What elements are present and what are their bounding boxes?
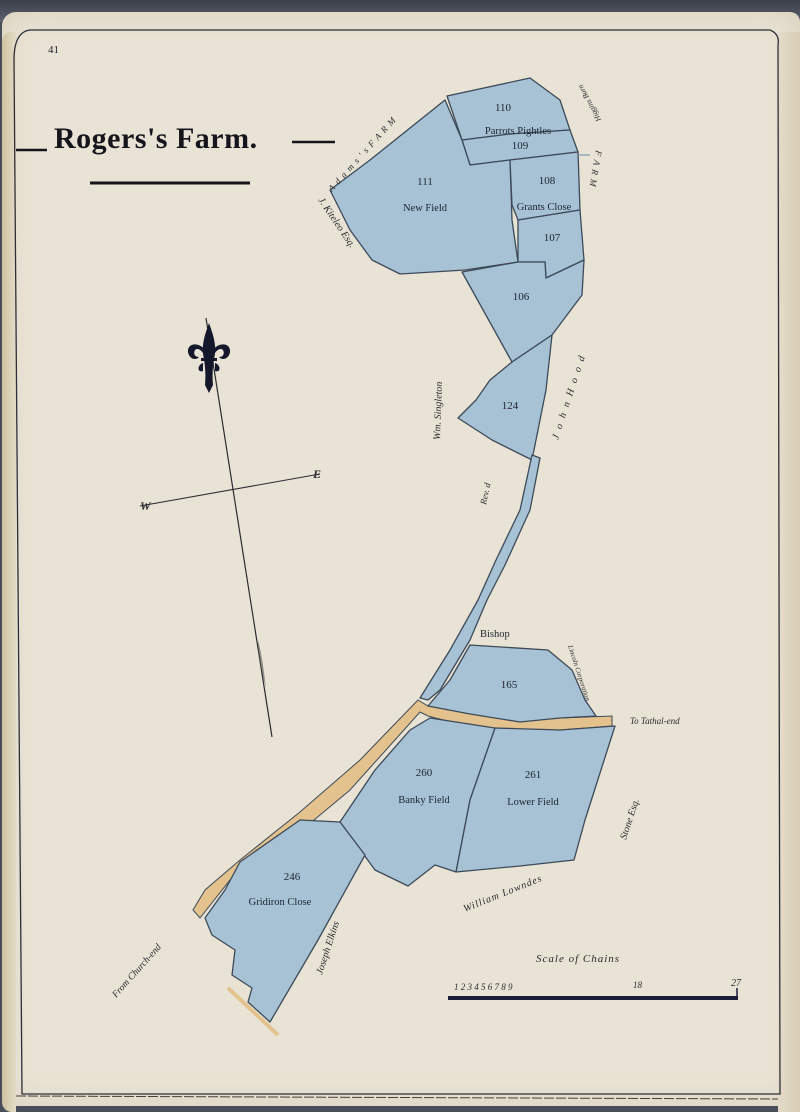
field-165-number: 165 xyxy=(501,679,518,691)
field-108-name: Grants Close xyxy=(517,202,572,213)
fleur-de-lis-icon xyxy=(188,323,230,393)
compass-rose: W E xyxy=(140,318,321,737)
field-261-number: 261 xyxy=(525,769,542,781)
estate-map: 41 Rogers's Farm. W E xyxy=(0,0,800,1112)
label-revd: Rev. d xyxy=(478,482,493,507)
scale-title: Scale of Chains xyxy=(536,953,620,965)
field-246-number: 246 xyxy=(284,871,301,883)
field-111-name: New Field xyxy=(403,203,448,214)
field-246[interactable] xyxy=(205,820,365,1022)
scale-mid-label: 18 xyxy=(633,980,643,990)
label-to-tathal-end: To Tathal-end xyxy=(630,716,680,726)
label-higgins: Higgins Burn xyxy=(576,83,604,124)
scale-bar: Scale of Chains 1 2 3 4 5 6 7 8 9 18 27 xyxy=(448,953,742,1000)
field-107-number: 107 xyxy=(544,232,561,244)
field-261-name: Lower Field xyxy=(507,797,559,808)
field-124[interactable] xyxy=(458,335,552,460)
compass-east-label: E xyxy=(312,467,321,481)
label-farm-right: F A R M xyxy=(588,149,605,189)
south-feather-icon xyxy=(258,640,266,688)
page-bottom-rule xyxy=(16,1096,778,1099)
field-110-number: 110 xyxy=(495,102,512,114)
field-124-number: 124 xyxy=(502,400,519,412)
field-108-number: 108 xyxy=(539,175,556,187)
field-109-number: 109 xyxy=(512,140,529,152)
label-william-lowndes: William Lowndes xyxy=(462,873,544,915)
scale-line xyxy=(448,996,738,1000)
compass-west-label: W xyxy=(140,499,152,513)
field-260-name: Banky Field xyxy=(398,795,450,806)
field-111-number: 111 xyxy=(417,176,433,188)
scale-small-ticks: 1 2 3 4 5 6 7 8 9 xyxy=(454,982,513,992)
label-from-church-end: From Church-end xyxy=(110,942,164,1000)
north-south-line xyxy=(206,318,272,737)
label-john-hood: J o h n H o o d xyxy=(550,353,588,441)
field-106[interactable] xyxy=(462,260,584,362)
map-title: Rogers's Farm. xyxy=(54,122,258,155)
field-109-name: Parrots Pightles xyxy=(485,126,551,137)
field-106-number: 106 xyxy=(513,291,530,303)
field-246-name: Gridiron Close xyxy=(249,897,312,908)
label-bishop: Bishop xyxy=(480,629,510,640)
scale-end-label: 27 xyxy=(731,978,742,989)
label-wm-singleton: Wm. Singleton xyxy=(432,381,445,440)
field-260-number: 260 xyxy=(416,767,433,779)
east-west-line xyxy=(140,474,320,506)
page-number: 41 xyxy=(48,44,59,56)
label-stone: Stone Esq. xyxy=(618,797,642,841)
